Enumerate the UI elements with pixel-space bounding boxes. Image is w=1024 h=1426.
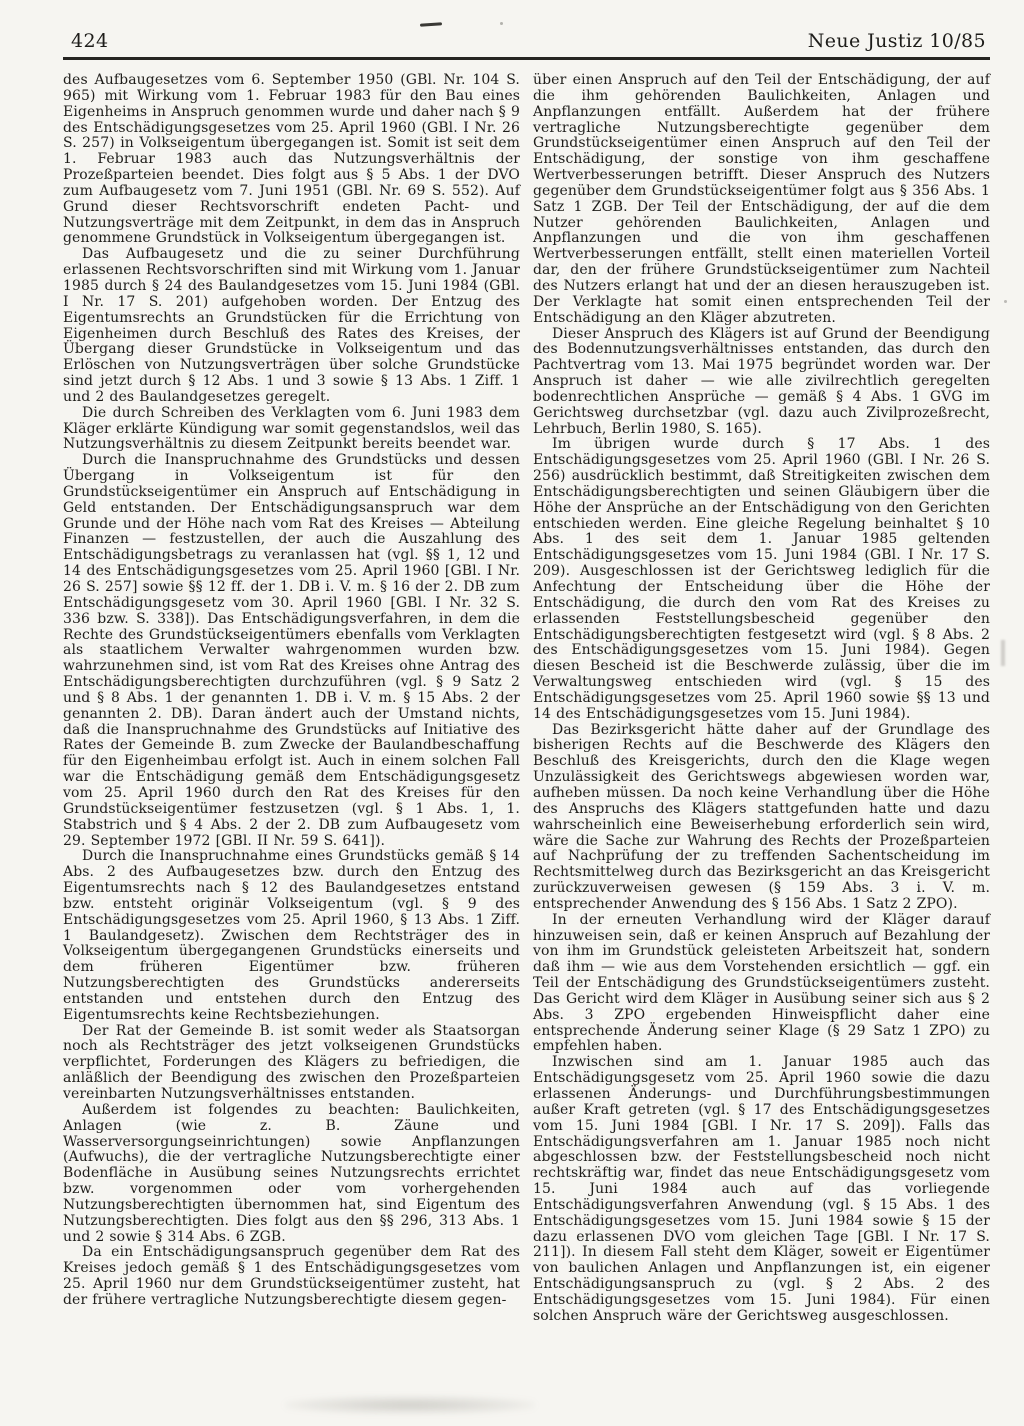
page-number: 424 xyxy=(71,30,108,52)
paragraph: Durch die Inanspruchnahme eines Grundstü… xyxy=(63,849,520,1023)
paragraph: Inzwischen sind am 1. Januar 1985 auch d… xyxy=(533,1055,990,1324)
paragraph: Im übrigen wurde durch § 17 Abs. 1 des E… xyxy=(533,437,990,722)
paragraph: Da ein Entschädigungsanspruch gegenüber … xyxy=(63,1245,520,1308)
text-columns: des Aufbaugesetzes vom 6. September 1950… xyxy=(63,73,990,1325)
paragraph: über einen Anspruch auf den Teil der Ent… xyxy=(533,73,990,327)
paragraph: Das Bezirksgericht hätte daher auf der G… xyxy=(533,723,990,913)
paragraph: Das Aufbaugesetz und die zu seiner Durch… xyxy=(63,247,520,405)
paragraph: Die durch Schreiben des Verklagten vom 6… xyxy=(63,406,520,454)
paragraph: Durch die Inanspruchnahme des Grundstück… xyxy=(63,453,520,849)
left-column: des Aufbaugesetzes vom 6. September 1950… xyxy=(63,73,520,1325)
paragraph: In der erneuten Verhandlung wird der Klä… xyxy=(533,913,990,1056)
paragraph: Der Rat der Gemeinde B. ist somit weder … xyxy=(63,1024,520,1103)
journal-title: Neue Justiz 10/85 xyxy=(808,30,986,52)
paragraph: des Aufbaugesetzes vom 6. September 1950… xyxy=(63,73,520,247)
header-rule xyxy=(63,57,990,60)
journal-page: 424 Neue Justiz 10/85 des Aufbaugesetzes… xyxy=(0,0,1024,1426)
paragraph: Außerdem ist folgendes zu beachten: Baul… xyxy=(63,1103,520,1246)
page-header: 424 Neue Justiz 10/85 xyxy=(63,30,990,57)
right-column: über einen Anspruch auf den Teil der Ent… xyxy=(533,73,990,1325)
paragraph: Dieser Anspruch des Klägers ist auf Grun… xyxy=(533,327,990,438)
